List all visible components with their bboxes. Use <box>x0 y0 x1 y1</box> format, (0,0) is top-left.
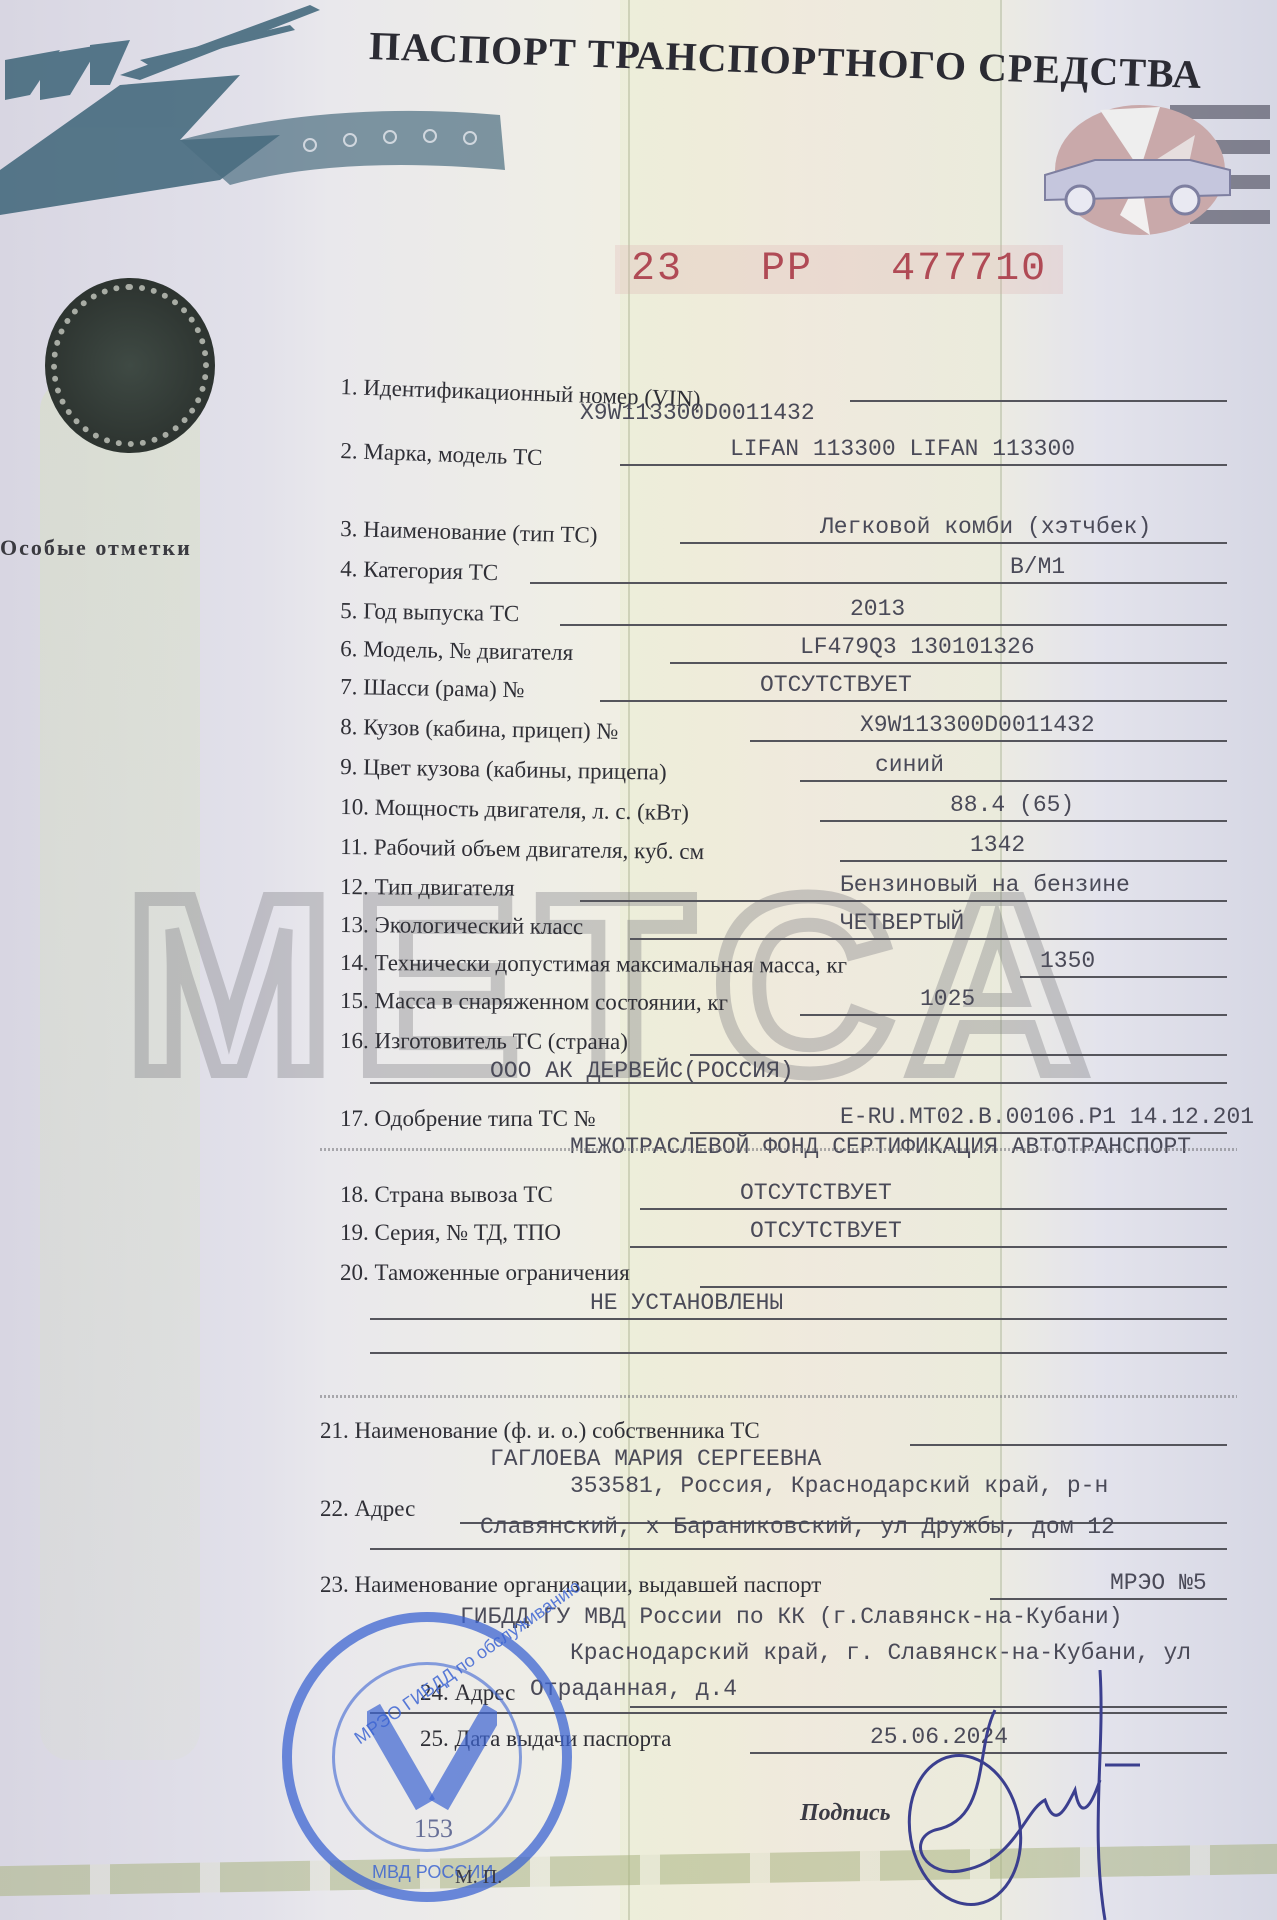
signature-label: Подпись <box>800 1800 891 1827</box>
field-label: 8. Кузов (кабина, прицеп) № <box>340 714 619 745</box>
field-label: 6. Модель, № двигателя <box>340 636 573 666</box>
field-value: 1342 <box>970 832 1025 858</box>
field-value: 88.4 (65) <box>950 792 1074 818</box>
field-label: 4. Категория ТС <box>340 556 498 586</box>
field-underline <box>800 780 1227 782</box>
field-row: 11. Рабочий объем двигателя, куб. см <box>330 828 1227 866</box>
field-label: 11. Рабочий объем двигателя, куб. см <box>340 834 704 865</box>
field-value: 1350 <box>1040 948 1095 974</box>
field-row: 9. Цвет кузова (кабины, прицепа) <box>330 748 1227 786</box>
field-label: 10. Мощность двигателя, л. с. (кВт) <box>340 794 689 826</box>
field-row: 20. Таможенные ограничения <box>330 1254 1227 1292</box>
field-underline <box>600 700 1227 702</box>
field-value: ООО АК ДЕРВЕЙС(РОССИЯ) <box>490 1058 794 1084</box>
field-underline <box>820 820 1227 822</box>
passport-page: ПАСПОРТ ТРАНСПОРТНОГО СРЕДСТВА 23 РР 477… <box>0 0 1277 1920</box>
field-underline <box>800 1014 1227 1016</box>
field-label: 3. Наименование (тип ТС) <box>340 516 598 549</box>
field-underline <box>670 662 1227 664</box>
field-underline <box>630 1246 1227 1248</box>
field-label: 22. Адрес <box>320 1496 415 1522</box>
field-underline <box>910 1444 1227 1446</box>
separator <box>320 1395 1237 1398</box>
field-underline <box>370 1082 1227 1084</box>
field-row: 16. Изготовитель ТС (страна) <box>330 1022 1227 1060</box>
field-label: 18. Страна вывоза ТС <box>340 1182 553 1208</box>
field-underline <box>580 900 1227 902</box>
field-value-continued: Отраданная, д.4 <box>530 1676 737 1702</box>
field-label: 19. Серия, № ТД, ТПО <box>340 1220 561 1246</box>
field-underline <box>750 740 1227 742</box>
field-label: 2. Марка, модель ТС <box>340 438 543 471</box>
field-label: 13. Экологический класс <box>340 912 583 940</box>
field-underline <box>690 1054 1227 1056</box>
stamp-place-label: М. П. <box>455 1866 502 1889</box>
field-value: НЕ УСТАНОВЛЕНЫ <box>590 1290 783 1316</box>
field-row: 10. Мощность двигателя, л. с. (кВт) <box>330 788 1227 826</box>
field-underline <box>370 1318 1227 1320</box>
field-value: ОТСУТСТВУЕТ <box>750 1218 902 1244</box>
field-value: 2013 <box>850 596 905 622</box>
field-row: 5. Год выпуска ТС <box>330 592 1227 630</box>
field-value: МРЭО №5 <box>1110 1570 1207 1596</box>
field-value: 353581, Россия, Краснодарский край, р-н <box>570 1473 1108 1499</box>
field-underline <box>1020 976 1227 978</box>
field-row: 23. Наименование организации, выдавшей п… <box>330 1566 1227 1604</box>
stamp-crossed-keys-icon <box>367 1692 497 1812</box>
field-value: E-RU.MT02.B.00106.P1 14.12.201 <box>840 1104 1254 1130</box>
field-label: 5. Год выпуска ТС <box>340 598 520 627</box>
field-label: 15. Масса в снаряженном состоянии, кг <box>340 988 728 1016</box>
field-value: ЧЕТВЕРТЫЙ <box>840 910 964 936</box>
field-value: Краснодарский край, г. Славянск-на-Кубан… <box>570 1640 1191 1666</box>
field-underline <box>530 582 1227 584</box>
field-value: ГАГЛОЕВА МАРИЯ СЕРГЕЕВНА <box>490 1446 821 1472</box>
field-value: 1025 <box>920 986 975 1012</box>
field-value: LF479Q3 130101326 <box>800 634 1035 660</box>
field-value: синий <box>875 752 944 778</box>
field-label: 20. Таможенные ограничения <box>340 1260 630 1286</box>
field-value-continued: МЕЖОТРАСЛЕВОЙ ФОНД СЕРТИФИКАЦИЯ АВТОТРАН… <box>570 1134 1191 1160</box>
field-row: 4. Категория ТС <box>330 550 1227 588</box>
field-label: 16. Изготовитель ТС (страна) <box>340 1028 628 1055</box>
field-label: 9. Цвет кузова (кабины, прицепа) <box>340 754 667 786</box>
field-underline <box>990 1598 1227 1600</box>
stamp-number: 153 <box>414 1814 453 1844</box>
field-underline <box>680 542 1227 544</box>
field-underline <box>370 1352 1227 1354</box>
field-underline <box>840 860 1227 862</box>
field-underline <box>640 1208 1227 1210</box>
field-label: 21. Наименование (ф. и. о.) собственника… <box>320 1418 760 1444</box>
field-underline <box>700 1286 1227 1288</box>
field-row: 6. Модель, № двигателя <box>330 630 1227 668</box>
field-value: X9W113300D0011432 <box>860 712 1095 738</box>
field-value: Бензиновый на бензине <box>840 872 1130 898</box>
signature-icon <box>905 1670 1165 1920</box>
field-value: ОТСУТСТВУЕТ <box>760 672 912 698</box>
field-underline <box>620 464 1227 466</box>
field-value: Легковой комби (хэтчбек) <box>820 514 1151 540</box>
field-value: ОТСУТСТВУЕТ <box>740 1180 892 1206</box>
field-row: 13. Экологический класс <box>330 906 1227 944</box>
field-value: X9W113300D0011432 <box>580 400 815 426</box>
separator <box>320 1148 1237 1151</box>
official-stamp: МРЭО ГИБДД по обслуживанию МВД РОССИИ 15… <box>282 1612 572 1902</box>
field-row: 15. Масса в снаряженном состоянии, кг <box>330 982 1227 1020</box>
field-value-continued: Славянский, х Бараниковский, ул Дружбы, … <box>480 1514 1115 1540</box>
field-value: LIFAN 113300 LIFAN 113300 <box>730 436 1075 462</box>
field-value: B/M1 <box>1010 554 1065 580</box>
field-underline <box>560 624 1227 626</box>
field-label: 17. Одобрение типа ТС № <box>340 1106 596 1132</box>
field-underline <box>370 1548 1227 1550</box>
field-row: 21. Наименование (ф. и. о.) собственника… <box>330 1412 1227 1450</box>
field-label: 14. Технически допустимая максимальная м… <box>340 950 847 979</box>
field-underline <box>850 400 1227 402</box>
field-label: 12. Тип двигателя <box>340 874 515 902</box>
fields-list: 1. Идентификационный номер (VIN)X9W11330… <box>0 0 1277 1920</box>
field-label: 7. Шасси (рама) № <box>340 674 525 703</box>
field-underline <box>630 938 1227 940</box>
